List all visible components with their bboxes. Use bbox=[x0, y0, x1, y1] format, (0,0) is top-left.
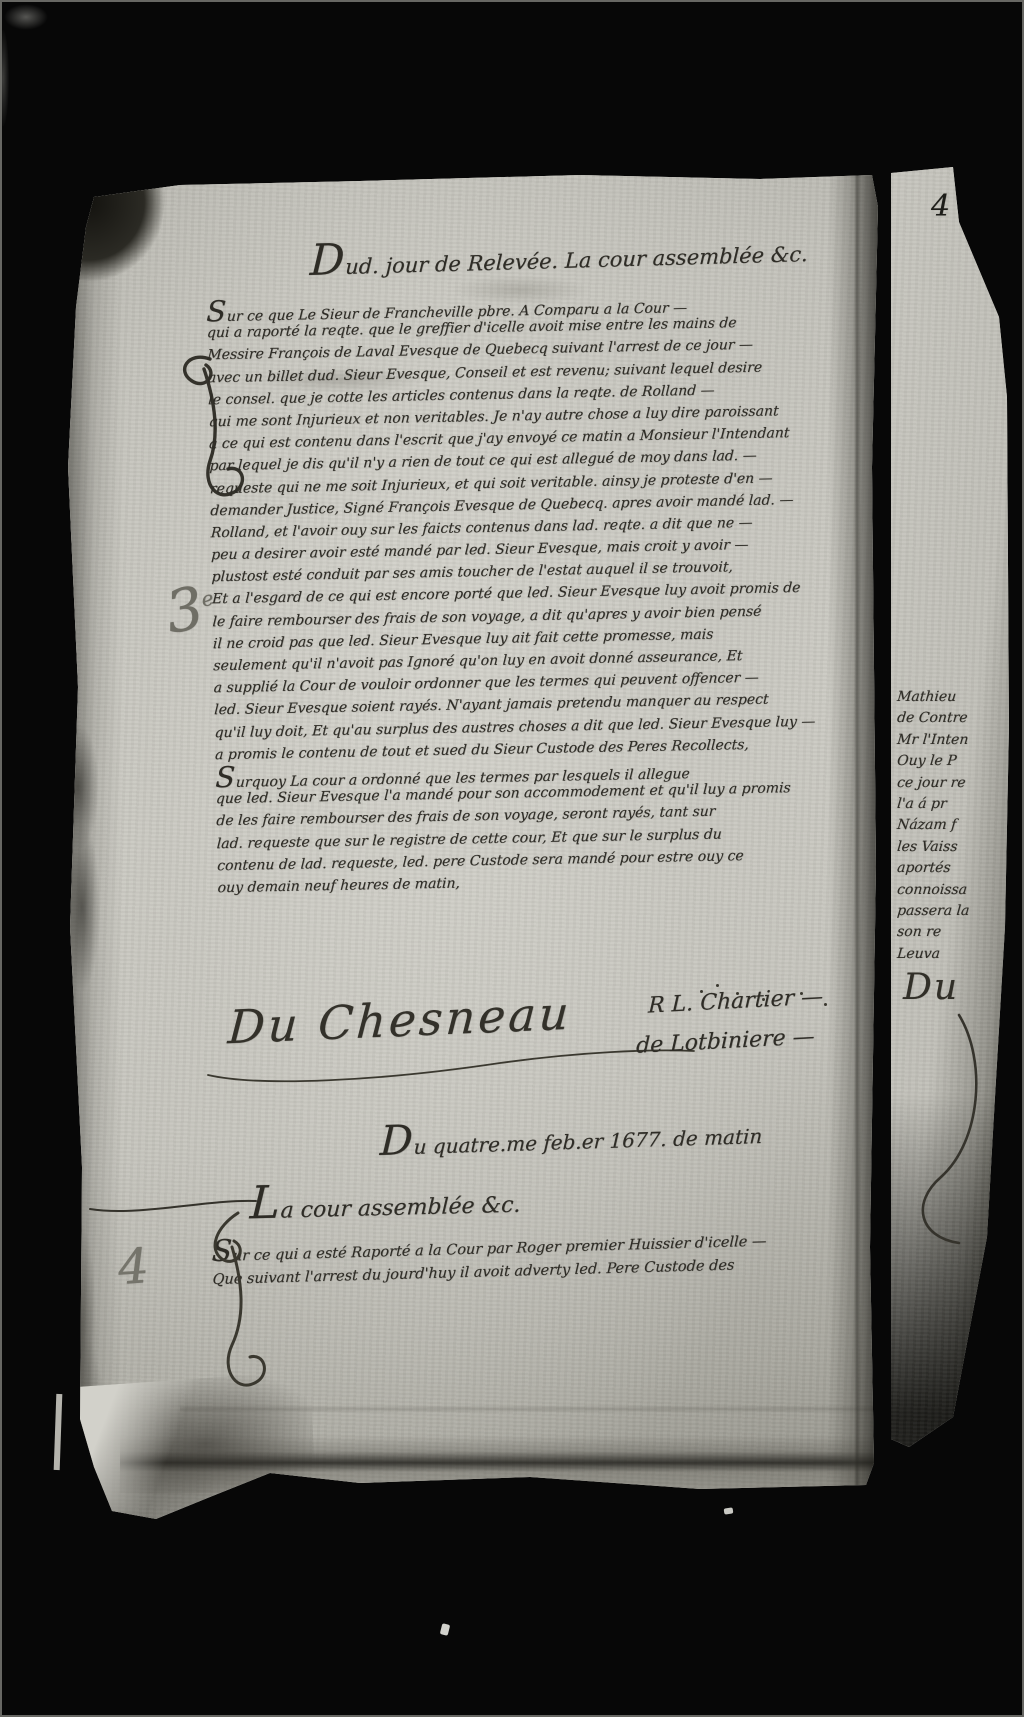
manuscript-fragment: de Contre bbox=[896, 708, 970, 729]
manuscript-fragment: Názam f bbox=[896, 815, 970, 836]
film-speck bbox=[724, 1507, 734, 1514]
adjacent-page-edge: 4 Mathieu de Contre Mr l'Inten Ouy le P … bbox=[891, 167, 1024, 1453]
manuscript-fragment: passera la bbox=[896, 901, 970, 922]
manuscript-fragment: Ouy le P bbox=[896, 751, 970, 772]
manuscript-fragment: aportés bbox=[896, 858, 970, 879]
court-assembled-line: La cour assemblée &c. bbox=[249, 1170, 522, 1230]
manuscript-page: Dud. jour de Relevée. La cour assemblée … bbox=[60, 167, 878, 1519]
page-number: 4 bbox=[931, 189, 950, 224]
adjacent-partial-signature: Du bbox=[903, 967, 959, 1008]
manuscript-fragment: l'a á pr bbox=[896, 794, 970, 815]
microfilm-frame: Dud. jour de Relevée. La cour assemblée … bbox=[0, 0, 1024, 1717]
signature-underline-flourish bbox=[200, 1041, 700, 1085]
manuscript-fragment: son re bbox=[896, 922, 970, 943]
frame-corner-smudge bbox=[4, 4, 48, 30]
adjacent-signature-flourish bbox=[895, 1009, 1005, 1249]
manuscript-fragment: Mr l'Inten bbox=[896, 730, 970, 751]
page-edge-sliver bbox=[54, 1394, 63, 1470]
torn-corner-stain bbox=[45, 151, 170, 289]
frame-edge-smudge bbox=[0, 30, 9, 126]
manuscript-fragment: Mathieu bbox=[896, 687, 970, 708]
manuscript-fragment: Leuva bbox=[896, 944, 970, 965]
court-entry-text: Sur ce que Le Sieur de Francheville pbre… bbox=[206, 288, 869, 899]
film-speck bbox=[440, 1623, 450, 1636]
ink-dot bbox=[824, 1003, 827, 1006]
margin-mark-4: 4 bbox=[116, 1238, 150, 1296]
binding-shadow bbox=[60, 167, 122, 1519]
manuscript-fragment: connoissa bbox=[896, 880, 970, 901]
manuscript-fragment: ce jour re bbox=[896, 773, 970, 794]
ink-dot bbox=[716, 984, 719, 987]
manuscript-fragment: les Vaiss bbox=[896, 837, 970, 858]
margin-paraph-icon bbox=[166, 1205, 266, 1410]
adjacent-page-text: Mathieu de Contre Mr l'Inten Ouy le P ce… bbox=[897, 687, 969, 965]
